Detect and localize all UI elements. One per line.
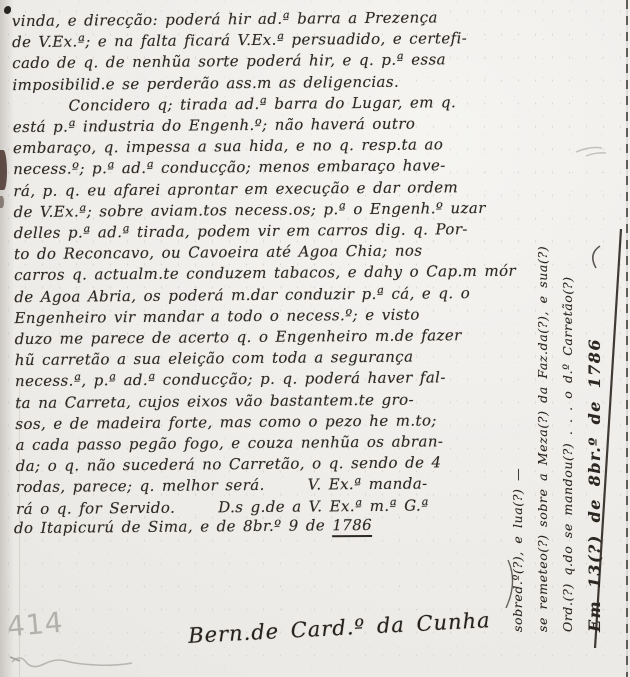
- manuscript-line: duzo me parece de acerto q. o Engenheiro…: [15, 325, 489, 350]
- scan-edge-line: [626, 0, 628, 677]
- margin-annotation-line: Ord.(?) q.do se mandou(?) . . . o d.º Ca…: [555, 240, 580, 632]
- margin-annotation: Em 13(?) de 8br.º de 1786Ord.(?) q.do se…: [498, 240, 610, 632]
- margin-annotation-line: Em 13(?) de 8br.º de 1786: [580, 240, 610, 632]
- date-line: do Itapicurú de Sima, e de 8br.º 9 de 17…: [14, 514, 488, 539]
- letter-body: vinda, e direcção: poderá hir ad.ª barra…: [12, 7, 490, 520]
- manuscript-line: necess.ª, p.ª ad.ª conducção; p. q. pode…: [15, 367, 489, 392]
- manuscript-line: Concidero q; tirada ad.ª barra do Lugar,…: [13, 92, 487, 117]
- signature: Bern.de Card.º da Cunha: [188, 608, 492, 648]
- manuscript-page: vinda, e direcção: poderá hir ad.ª barra…: [0, 0, 630, 677]
- manuscript-line: cado de q. de nenhũa sorte poderá hir, e…: [12, 49, 486, 74]
- date-text: do Itapicurú de Sima, e de 8br.º 9 de: [14, 516, 332, 537]
- year-underlined: 1786: [332, 516, 372, 537]
- margin-annotation-line: sobred.º(?), e lua(?) —: [505, 240, 530, 632]
- edge-ink-blob: [0, 150, 7, 190]
- page-number: 414: [6, 606, 65, 644]
- pencil-scribble: [572, 136, 628, 162]
- pencil-squiggle: [8, 652, 138, 672]
- margin-annotation-line: se remeteo(?) sobre a Meza(?) da Faz.da(…: [530, 240, 555, 632]
- date-line-wrap: do Itapicurú de Sima, e de 8br.º 9 de 17…: [14, 514, 488, 539]
- edge-ink-blob-small: [0, 196, 4, 208]
